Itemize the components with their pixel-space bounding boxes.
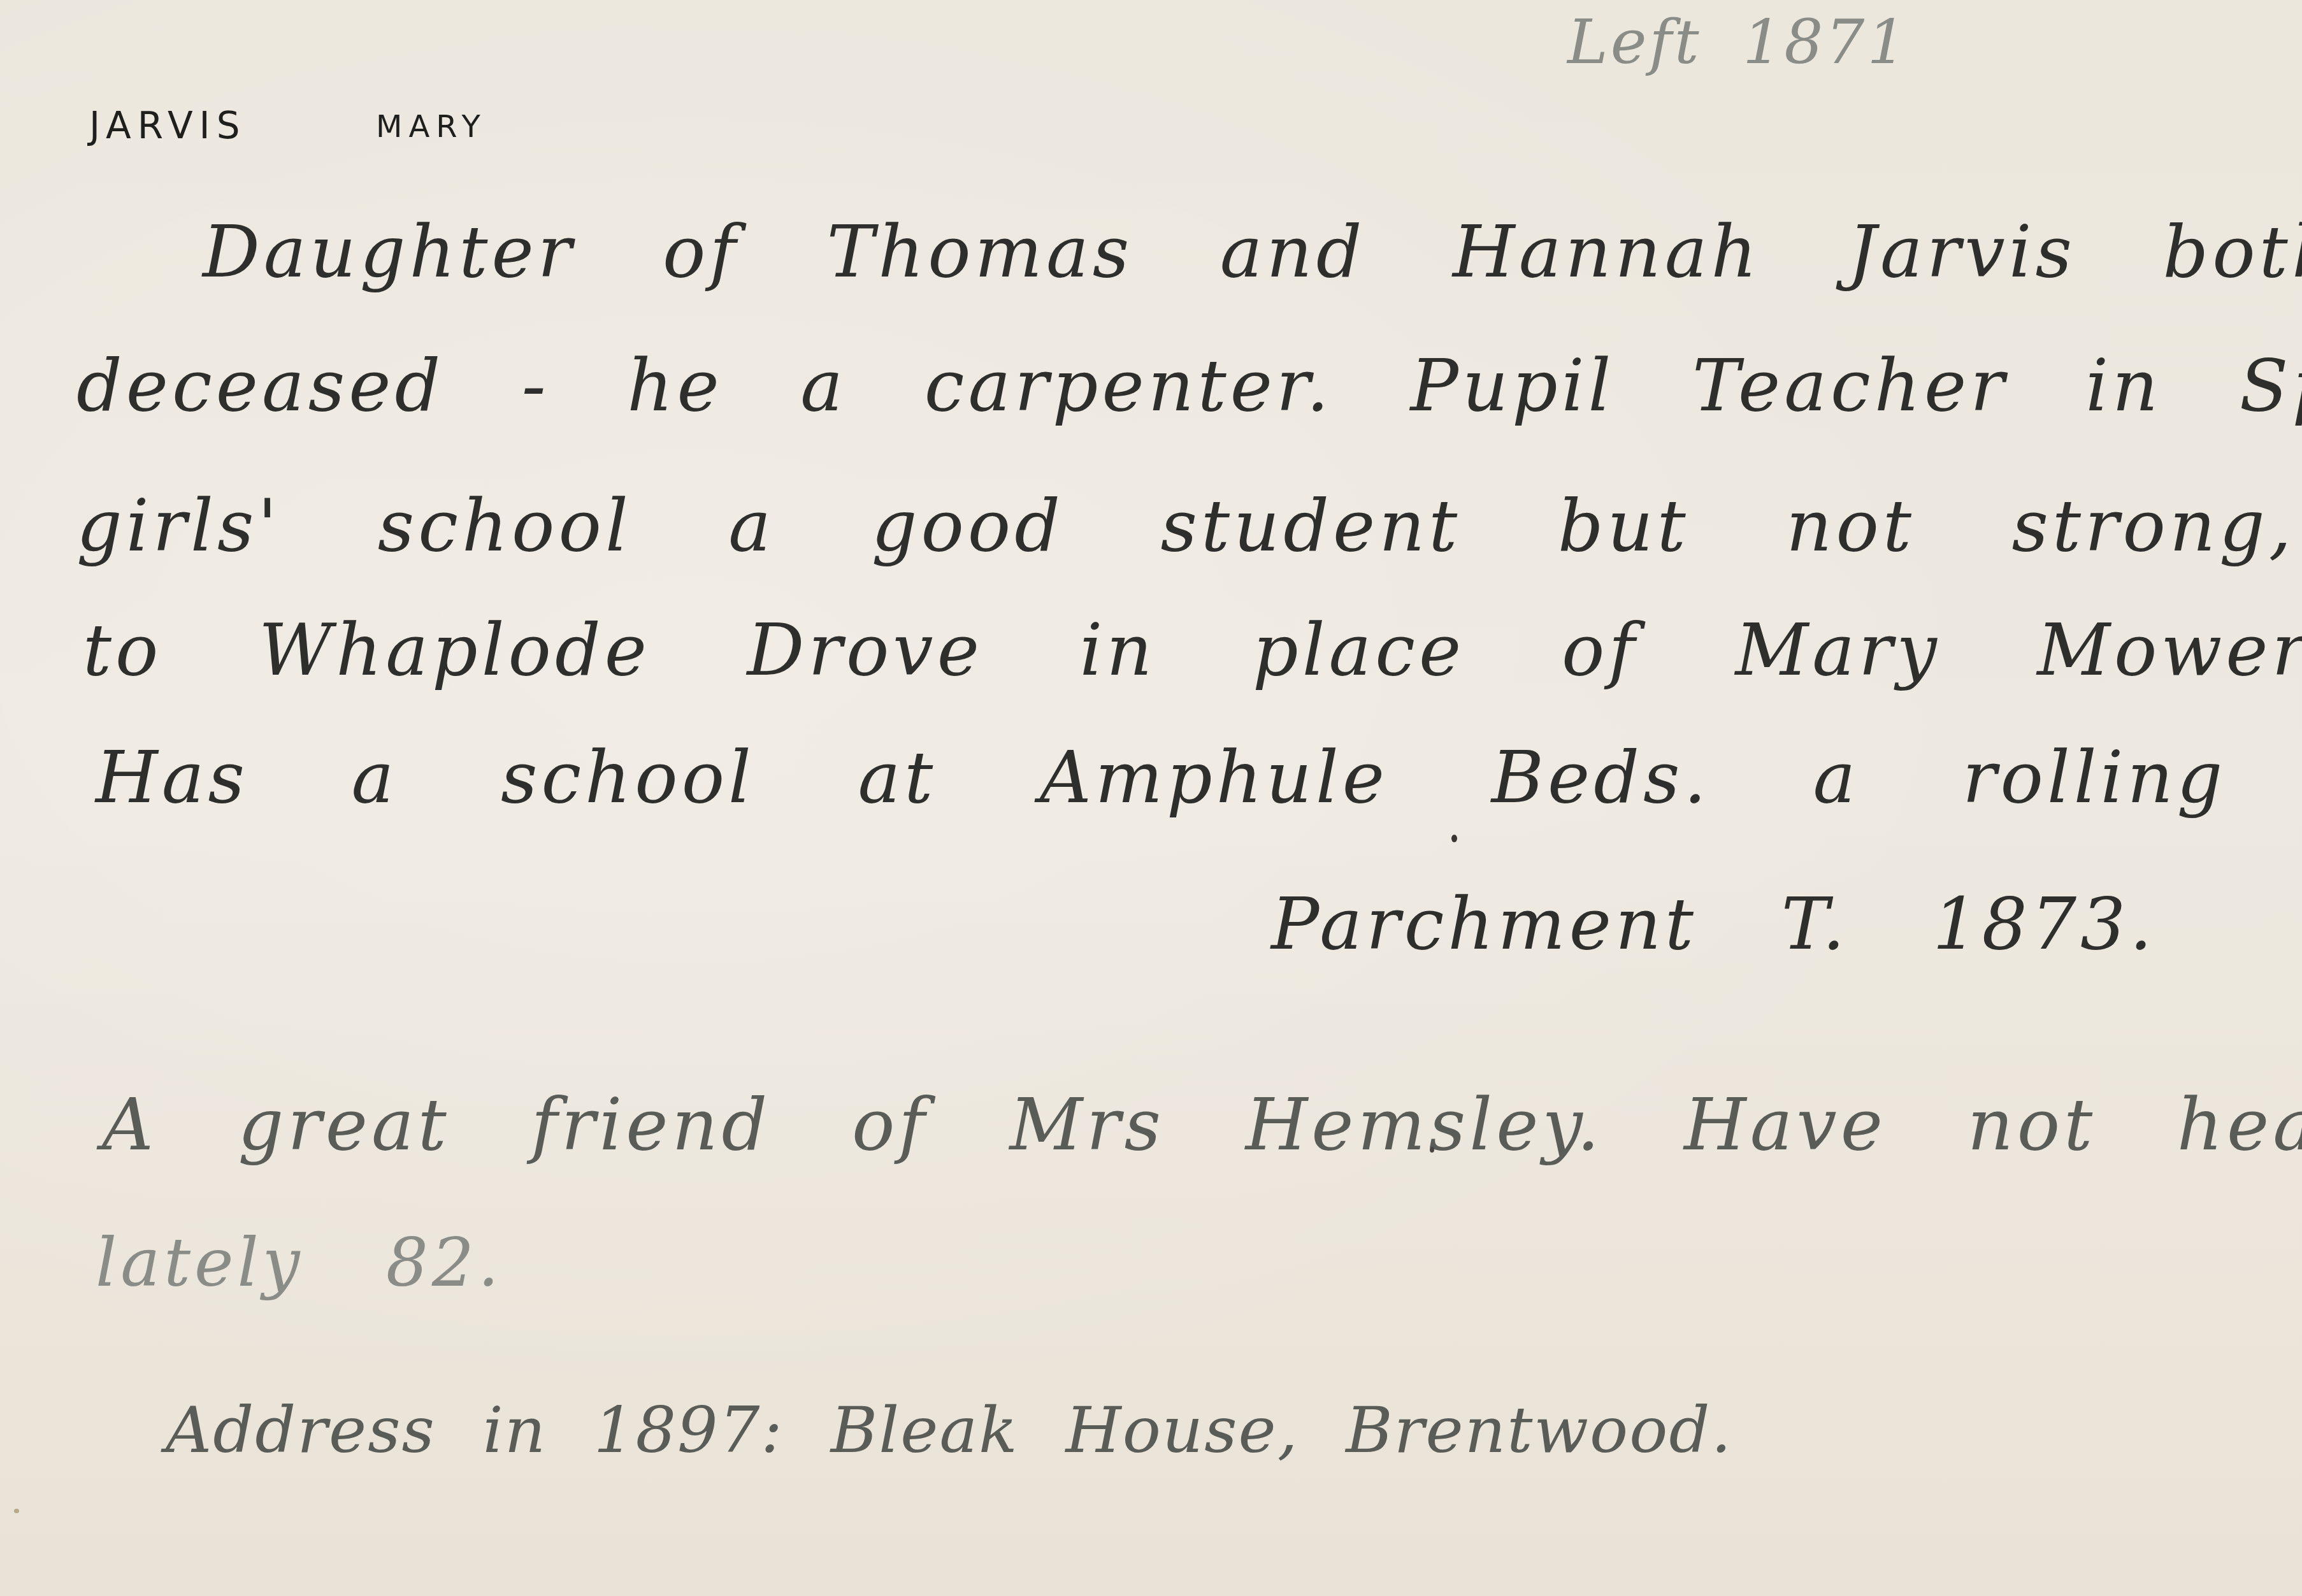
surname-heading: JARVIS [89,107,247,144]
forename-heading: MARY [376,111,487,142]
later-note-line-1: A great friend of Mrs Hemsley. Have not … [102,1089,2302,1161]
paper-speck [14,1509,19,1513]
entry-line-2: deceased - he a carpenter. Pupil Teacher… [76,350,2302,422]
certificate-line: Parchment T. 1873. [1271,889,2156,960]
entry-line-3: girls' school a good student but not str… [76,491,2302,562]
entry-line-5: Has a school at Amphule Beds. a rolling … [96,742,2302,814]
entry-line-4: to Whaplode Drove in place of Mary Mower… [83,615,2302,686]
address-note: Address in 1897: Bleak House, Brentwood. [166,1398,1732,1462]
left-date-note: Left 1871 [1567,11,1909,73]
entry-line-1: Daughter of Thomas and Hannah Jarvis bot… [203,217,2302,288]
ink-speck [1430,1147,1434,1153]
later-note-line-2: lately 82. [96,1230,503,1296]
register-page: Left 1871 JARVIS MARY Daughter of Thomas… [0,0,2302,1596]
ink-speck [1451,835,1457,842]
